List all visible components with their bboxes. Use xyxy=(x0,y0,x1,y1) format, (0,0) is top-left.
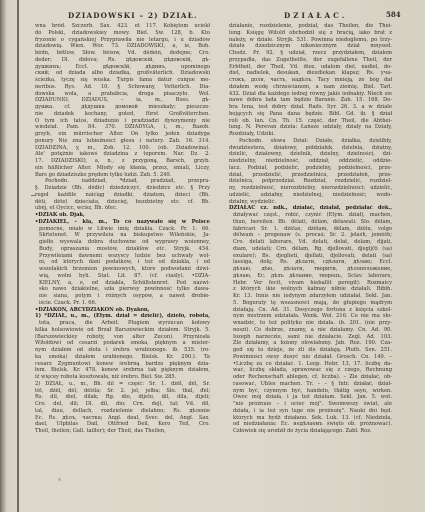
entry-headword-line: •DZIAKON, ARCYDZIAKON ob. Dyakon, xyxy=(35,307,210,314)
text-line: стокъ, доля, часть, надѣлъ. Tacy mnieją,… xyxy=(229,77,392,84)
text-line: nie dziadek kochany, guted, fürst Großvä… xyxy=(35,111,210,118)
text-line: Powinności swoy dosyć nie działał. Grosc… xyxy=(229,354,392,361)
text-line: ny, rozdzielność, nierozdzielny, nierozd… xyxy=(229,185,392,192)
left-column: wna bród. Szczerb. Sax. 423. et 117. Kob… xyxy=(35,23,210,435)
text-line: fryzonie o cygańskiej Przyprawiła nie le… xyxy=(35,37,210,44)
text-line: дѣлаю, Ec. дѣлъ дѣлание, творецъ, Sclav.… xyxy=(229,273,392,280)
text-line: iż więcey robota kosztowała, niż śrebro.… xyxy=(35,374,210,381)
text-line: •Liczbę za co działać. 1. Leop. Hebr. 13… xyxy=(229,361,392,368)
text-line: wiedział. Pam. 84. 370. DZIADYGA, i, m.,… xyxy=(35,124,210,131)
page-number: 584 xyxy=(386,10,401,19)
text-line: god się to dzieje, że źli źle działają. … xyxy=(229,347,392,354)
text-line: oder Rechenschaft ablegen, cf. liczba). … xyxy=(229,374,392,381)
text-line: dziadowią. Wien. Wor. 73. DZIADOWSKI, a,… xyxy=(35,43,210,50)
text-line: rasować, Übles machen. Tr. – – § Intr. d… xyxy=(229,381,392,388)
text-line: (Barszówieckiey roboty, von alter Zucon)… xyxy=(35,334,210,341)
text-line: Pochodn. słowa Dział: Działe, działka, d… xyxy=(229,138,392,145)
text-line: bojących się Pana dana będzie. Bibl. Gd.… xyxy=(229,111,392,118)
text-line: tal, diau, dellach, rozdzielenie dielahn… xyxy=(35,408,210,415)
text-line: należy, w dziale. Stryjk. 531. Powinna n… xyxy=(229,37,392,44)
text-line: iście. Czack. Pr. 1. 66. xyxy=(35,300,210,307)
text-line: fabricari Sr. 1. dźělaś, dźělam, dělam, … xyxy=(229,226,392,233)
text-line: kilka holsowiowie od Brzał Barszówieckim… xyxy=(35,327,210,334)
text-line: dwudziestera, działowy, półdziałek, dzie… xyxy=(229,145,392,152)
text-line: giełło wyswala dobra duchowne od wyprawy… xyxy=(35,239,210,246)
text-line: KIELNY, a, e, od dziakla, Schüßstenret. … xyxy=(35,280,210,287)
text-line: Cro. delati laborare, Vd. delati, delat,… xyxy=(229,239,392,246)
text-line: Theil, theilen; Gall. tailler); der Thei… xyxy=(35,428,210,435)
text-line: wszelakich brzemion powinowych, które po… xyxy=(35,266,210,273)
text-line: wna bród. Szczerb. Sax. 423. et 117. Kob… xyxy=(35,23,210,30)
text-line: łem. Bielsk. Kr. 478. konew śrebrna tak … xyxy=(35,367,210,374)
text-line: roli ob. łan. Cn. Th. 15. część, der The… xyxy=(229,118,392,125)
text-line: cesarz Zygmuntowi konew śrebrną bardzo p… xyxy=(35,361,210,368)
text-line: Owoc mój działa, i ja też działam. Sekl.… xyxy=(229,394,392,401)
text-line: Człowiek się urodził do życia działające… xyxy=(229,428,392,435)
text-line: deder; Dl. didova; Rs. дѣдовскій, дѣдовс… xyxy=(35,57,210,64)
text-line: dzielnica, półprzedział. Rozdział, rozdz… xyxy=(229,178,392,185)
text-line: działanie, rozdzielenie, podział, das Th… xyxy=(229,23,392,30)
text-line: do Polski, dziadowskiey mowy. Biel. Sw. … xyxy=(35,30,210,37)
text-line: bědn, bětlow, Słów. běšow, Vd. dědein, d… xyxy=(35,50,210,57)
right-column: działanie, rozdzielenie, podział, das Th… xyxy=(229,23,392,435)
text-line: §. Dziadzie (Bh. dědic) dziedziczyć, dzi… xyxy=(35,185,210,192)
text-line: Erbtheil, der Theil. Vd. dioz, udalom di… xyxy=(229,64,392,71)
text-line: Ec. Rs. дѣлъ, частка; Angl. deal, Svec. … xyxy=(35,415,210,422)
entry-headword-line: 1) *DZIAŁ, u., m., (Etym. dział = dzieli… xyxy=(35,313,210,320)
text-line: sko nawo dziakielne, szła pierwsy powinn… xyxy=(35,286,210,293)
text-line: Źle działamy, a łożony ołowiałomy. Jab. … xyxy=(229,340,392,347)
text-line: działa, i ia też syn luge nie próżnuię".… xyxy=(229,408,392,415)
text-line: lung. N. Perevan dziela: Łańsze udziały,… xyxy=(229,124,392,131)
text-line: Przywileiami dawnemi wszyscy ludzie bez … xyxy=(35,253,210,260)
running-head-right: DZIAŁAC. xyxy=(284,11,347,20)
text-line: Hebr. Ver fecit, vivam hieballit peregit… xyxy=(229,280,392,287)
gutter-line xyxy=(17,0,19,512)
text-line: od niedziałania: Ec. недѣлаемъ święto ob… xyxy=(229,421,392,428)
entry-headword-line: •DZIAK ob. Djak, xyxy=(35,212,210,219)
text-line: regoł każdile naiciąg dziadki, dziatem, … xyxy=(35,192,210,199)
text-line: których ma bydź działano. Sek. Luk. 13. … xyxy=(229,415,392,422)
text-line: Pochodn. naddziad, *dziad, pradziad, prz… xyxy=(35,178,210,185)
text-line: dzielić, działowny, dzielnik, dzielny, d… xyxy=(229,151,392,158)
entry-headword-line: •DZIAKIEL, – kla, m., To co nazywało się… xyxy=(35,219,210,226)
text-line: dział, przedzielić, przedzielnica, przed… xyxy=(229,172,392,179)
text-line: laesiga, dolę; Rs. дѣлати, сдѣлати, дѣла… xyxy=(229,259,392,266)
text-line: Rozdziały, Udziki. xyxy=(229,131,392,138)
page-binding-shadow xyxy=(0,0,6,512)
text-line: 5. Boguraty tę wszasności mają, do głupi… xyxy=(229,300,392,307)
text-line: neribus. Rys. Ad. 10. § Schowany, Vetter… xyxy=(35,84,210,91)
text-line: 2) DZIAŁ, u., m., Bh. díl = część: Sr. 1… xyxy=(35,381,210,388)
text-line: Iozeph narzeczie, sami nie działacie. Ze… xyxy=(229,334,392,341)
text-line: działają. Cn. Ad. 31. Dosyczego fortuna … xyxy=(229,307,392,314)
text-line: ponury Nie zna lubieżności głosu i natur… xyxy=(35,138,210,145)
text-line: bra Iena, iest dobry dział. Rads. Syr. 2… xyxy=(229,104,392,111)
text-line: wnadzic, to też polityku nie działa. ib.… xyxy=(229,320,392,327)
text-line: 17. DZIADZISKO, a, n., z przygoną, Barsc… xyxy=(35,158,210,165)
text-line: nym działem od złota i śrebra wrabionego… xyxy=(35,347,210,354)
text-line: diam, udelati; Crn. dělam, Rg. djellovat… xyxy=(229,246,392,253)
text-line: noszi). Co dobrze, znamy, a nie działamy… xyxy=(229,327,392,334)
text-line: uběj, et Oycicc, wcisz, Bh. öfec. xyxy=(35,205,210,212)
text-line: Cro. del, dil; Dl. dil, dio; Crn. dejl, … xyxy=(35,401,210,408)
text-line: działny, wydzielić. xyxy=(229,199,392,206)
text-line: diel, nadielek, desukan, dieudiekan klap… xyxy=(229,70,392,77)
text-line: ский; od dziada albo dziadka, großväterl… xyxy=(35,70,210,77)
text-line: ein häßlicher Alter. Młody się kłania, p… xyxy=(35,165,210,172)
text-line: ścieżka, tyczę się wuska. Turpis fama da… xyxy=(35,77,210,84)
text-line: nawe dobra lada tam będzie Baranie. Zab.… xyxy=(229,97,392,104)
text-line: dael, Ulphilas Dail, Ottfried Deil, Kero… xyxy=(35,421,210,428)
text-line: nie siana, potym i różnych osypów, a naw… xyxy=(35,293,210,300)
text-line: "nie próżnuie – i ociec mój". Swoimwszy … xyxy=(229,401,392,408)
text-line: lacz. Podział, podzielić, podzielny, pod… xyxy=(229,165,392,172)
text-line: udzielić, udziałny, niedzielnej, niedzie… xyxy=(229,192,392,199)
text-line: lung. Księgę Witold obchodził się z brać… xyxy=(229,30,392,37)
text-line: těl, dźěl, děl, dělšla; Sr. 2. jel, jelb… xyxy=(35,388,210,395)
text-line: ni, od których dani podatków, i też od d… xyxy=(35,259,210,266)
text-line: Witołdowi od cesarzi podarek smoka, pięk… xyxy=(35,340,210,347)
text-line: przypadła, das Zugetheilte, der zugefall… xyxy=(229,57,392,64)
text-line: pomocne, miało w Litwie imię dziakla. Cz… xyxy=(35,226,210,233)
text-line: thun, bereiten. Bh. dělati, dělám, dělaw… xyxy=(229,219,392,226)
text-line: grzyb, ein mürrischer Alter. On tylko je… xyxy=(35,131,210,138)
text-line: exulare); Bs. djeglieti, djellati, djell… xyxy=(229,253,392,260)
text-line: działywać częst., robić, czynić (Etym. d… xyxy=(229,212,392,219)
scanned-page: DZIADOWSKI – 2) DZIAŁ. DZIAŁAC. 584 wna … xyxy=(0,0,425,512)
text-line: душкинъ; Eccl. дѣдовскїй, дѣдинъ, upomin… xyxy=(35,64,210,71)
text-line: nym mistrzem udziałała. Wenk. Wol. 216. … xyxy=(229,313,392,320)
text-line: dowska wola, a prababcia, droga pisaczył… xyxy=(35,91,210,98)
text-line: дѣлаю, дѣю, дѣлати, творити, дѣлоположен… xyxy=(229,266,392,273)
text-line: 432. Dział dla każdego iednej równy jaki… xyxy=(229,91,392,98)
ink-smudge xyxy=(58,478,61,481)
text-line: DZIADUNIO, DZIADUŚ, – ia, m., Boss. дѣ- xyxy=(35,97,210,104)
text-line: wać, liczbę składa, sprawować się z czeg… xyxy=(229,367,392,374)
text-line: O tym ich tatoś, dziadunio i pradziadzi … xyxy=(35,118,210,125)
text-line: ka smoka) działem urabionego. Bielsk. Kr… xyxy=(35,354,210,361)
text-line: wią, wolni byli. Stat. Lit. 87. (cf. cia… xyxy=(35,273,210,280)
text-line: tota, praca, die Arbeit. Plugiem wyrzuca… xyxy=(35,320,210,327)
text-line: Skřistunet. W przywileiu na biskupstwo W… xyxy=(35,232,210,239)
margin-mark xyxy=(31,195,36,196)
text-line: душка. cf. дѣдушка домовой mieszkały; pi… xyxy=(35,104,210,111)
text-line: niedzielny, niedzielność, oddział, oddzi… xyxy=(229,158,392,165)
text-line: z których ikie wolnych kałmay niłnie dzi… xyxy=(229,286,392,293)
text-line: Budy, opraszania mostów, dziaklów etc. S… xyxy=(35,246,210,253)
text-line: Bars go dziadziszko prędem tylko ludzi. … xyxy=(35,172,210,179)
text-line: Chodz. Pr. 92. § udział, rzecz przydział… xyxy=(229,50,392,57)
text-line: Ale' potężnie iakowś dziadzina z toporem… xyxy=(35,151,210,158)
text-line: działem wodę chrześcianom, a nam ziemię.… xyxy=(229,84,392,91)
text-line: děti, děte) dzieciata, dzieciej, bezdzie… xyxy=(35,199,210,206)
text-line: Kr. 13. Innis nie iedynym zdarzyłem udzi… xyxy=(229,293,392,300)
running-head-left: DZIADOWSKI – 2) DZIAŁ. xyxy=(68,11,198,20)
text-line: DZIADZINA, y, m., Zob. 12. 100. (ob. Dzi… xyxy=(35,145,210,152)
text-line: Rs. dil, diel, dilák; Rg. dio, dijelo, d… xyxy=(35,394,210,401)
text-line: dělwam – progenaw (s. procaś; Sr. 2. jel… xyxy=(229,232,392,239)
entry-headword-line: DZIAŁAC cz. ndk., działać, działał, pedz… xyxy=(229,205,392,212)
text-line: nym być, czynnym być, handeln, thätig se… xyxy=(229,388,392,395)
text-line: działu dziedzicznym nikoniecznym dział m… xyxy=(229,43,392,50)
